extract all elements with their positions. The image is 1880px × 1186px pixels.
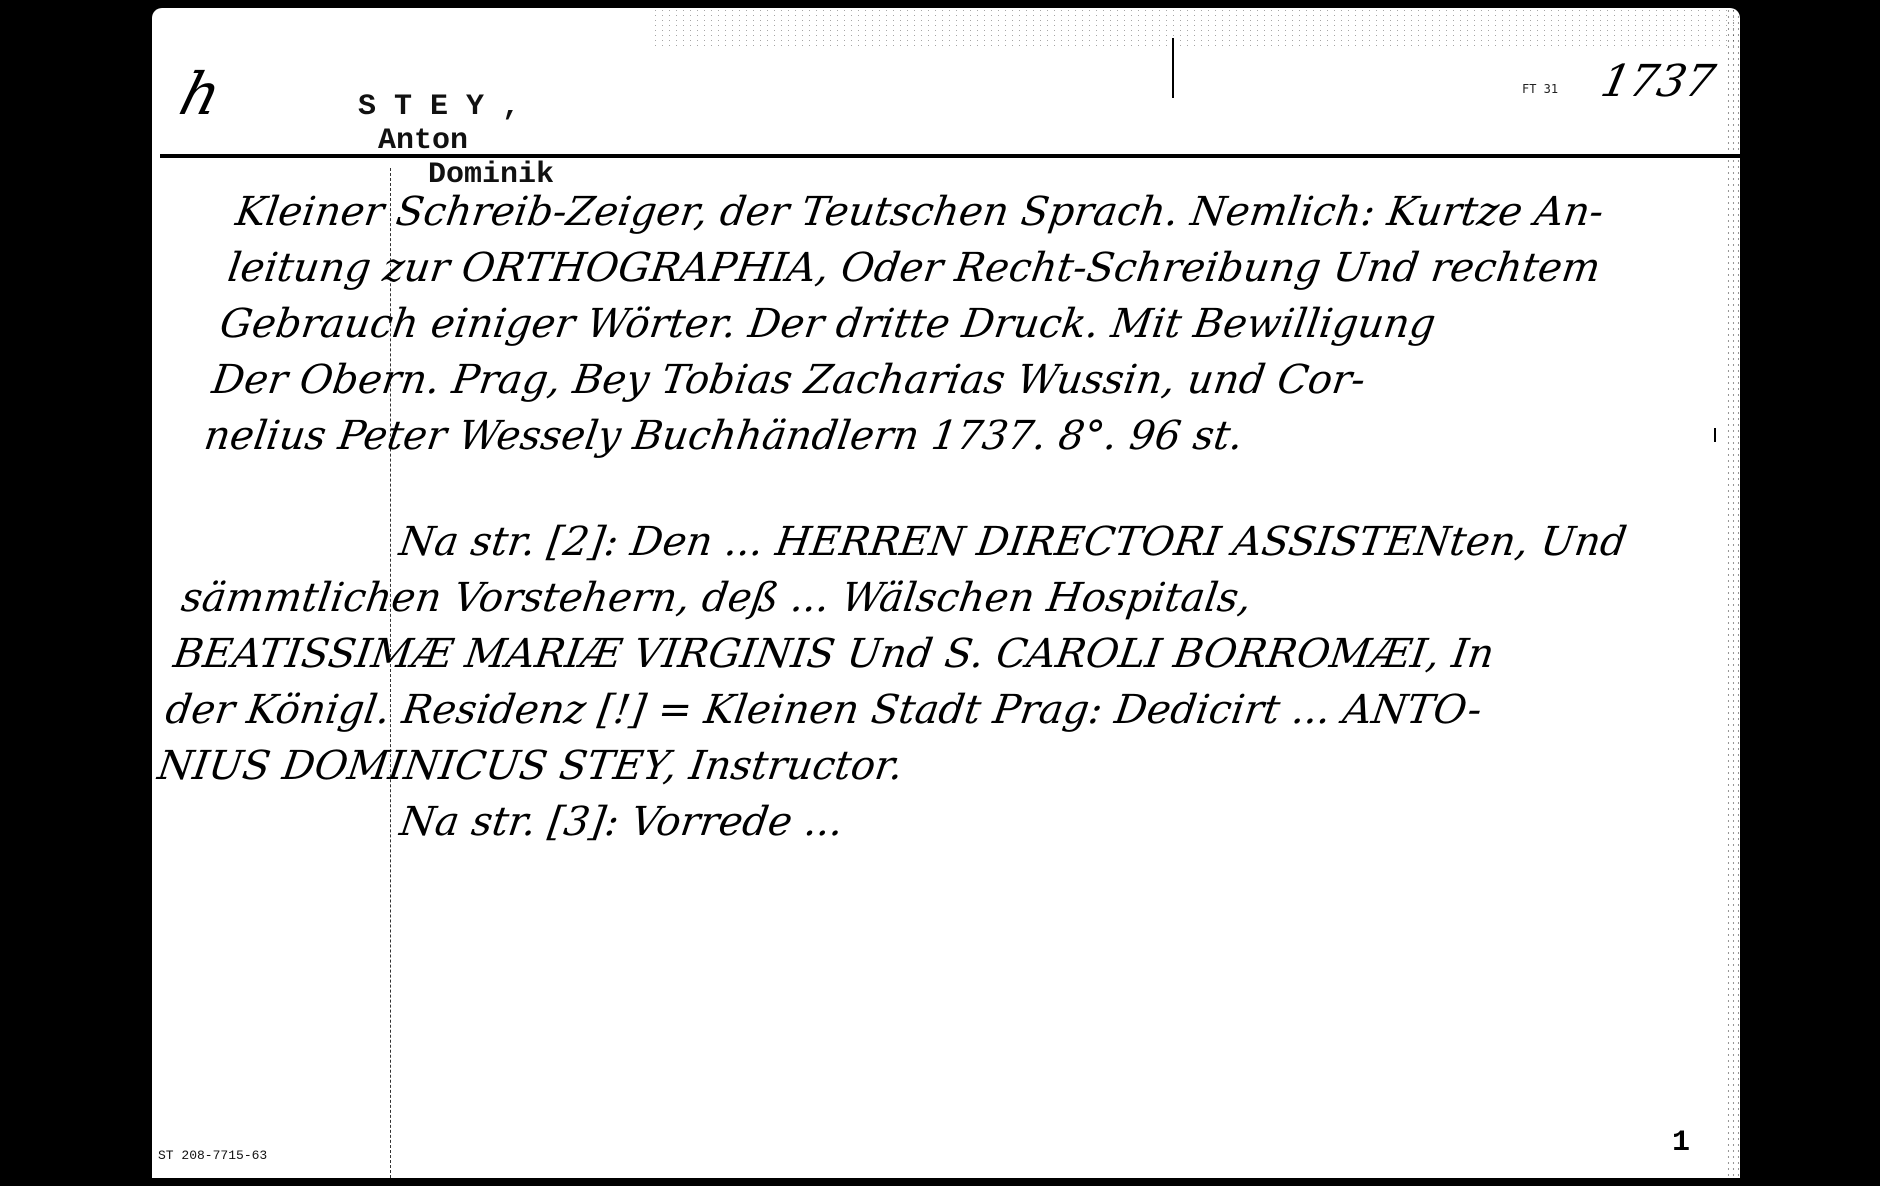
- header-rule: [160, 154, 1740, 158]
- card-header: h STEY, Anton Dominik FT 31 1737: [152, 8, 1740, 148]
- preface-note: Na str. [3]: Vorrede ...: [152, 794, 1634, 850]
- handwritten-initial: h: [173, 60, 229, 128]
- scan-noise-edge: [1726, 8, 1740, 1178]
- author-given-name: Anton: [378, 124, 468, 158]
- dedication-line: BEATISSIMÆ MARIÆ VIRGINIS Und S. CAROLI …: [170, 626, 1658, 682]
- description-line: leitung zur ORTHOGRAPHIA, Oder Recht-Sch…: [224, 240, 1712, 296]
- dedication-line: Na str. [2]: Den ... HERREN DIRECTORI AS…: [186, 514, 1674, 570]
- faint-stamp-mark: FT 31: [1522, 82, 1558, 96]
- margin-tick: [1714, 428, 1716, 442]
- dedication-line: sämmtlichen Vorstehern, deß ... Wälschen…: [178, 570, 1666, 626]
- name-comma: ,: [502, 90, 520, 124]
- dedication-note: Na str. [2]: Den ... HERREN DIRECTORI AS…: [152, 514, 1674, 850]
- card-control-code: ST 208-7715-63: [158, 1148, 267, 1163]
- margin-stroke: [1172, 38, 1174, 98]
- bibliographic-description: Kleiner Schreib-Zeiger, der Teutschen Sp…: [201, 184, 1720, 464]
- catalog-card: h STEY, Anton Dominik FT 31 1737 Kleiner…: [152, 8, 1740, 1178]
- description-line: Kleiner Schreib-Zeiger, der Teutschen Sp…: [232, 184, 1720, 240]
- description-line: Der Obern. Prag, Bey Tobias Zacharias Wu…: [209, 352, 1697, 408]
- dedication-line: NIUS DOMINICUS STEY, Instructor.: [154, 738, 1642, 794]
- handwritten-year: 1737: [1597, 56, 1720, 107]
- dedication-line: der Königl. Residenz [!] = Kleinen Stadt…: [162, 682, 1650, 738]
- card-body: Kleiner Schreib-Zeiger, der Teutschen Sp…: [152, 184, 1720, 850]
- description-line: Gebrauch einiger Wörter. Der dritte Druc…: [216, 296, 1704, 352]
- author-surname: STEY: [358, 90, 502, 124]
- card-page-number: 1: [1672, 1126, 1690, 1160]
- description-line: nelius Peter Wessely Buchhändlern 1737. …: [201, 408, 1689, 464]
